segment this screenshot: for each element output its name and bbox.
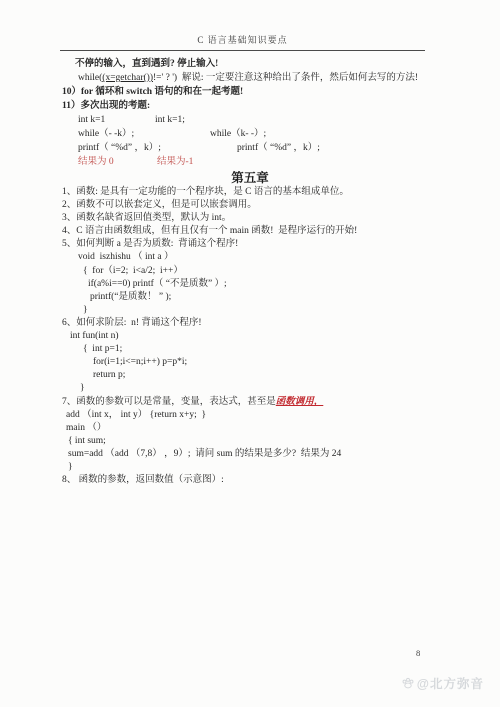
exam-point-10: 10）for 循环和 switch 语句的和在一起考题! (0, 85, 500, 99)
paw-icon (401, 676, 415, 690)
underlined-code: (x=getchar()) (102, 73, 153, 83)
code-left: while（- -k）; (78, 129, 134, 139)
note-item-1: 1、函数: 是具有一定功能的一个程序块，是 C 语言的基本组成单位。 (0, 186, 500, 199)
add-code-line-3: { int sum; (0, 435, 500, 448)
fact-code-line-4: return p; (0, 369, 500, 382)
code-row-declare: int k=1int k=1; (0, 113, 500, 127)
fact-code-line-2: { int p=1; (0, 343, 500, 356)
page-header: C 语言基础知识要点 (60, 33, 425, 51)
code-left: int k=1 (78, 115, 105, 125)
document-page: C 语言基础知识要点 不停的输入，直到遇到? 停止输入! while((x=ge… (0, 0, 500, 707)
result-row: 结果为 0结果为-1 (0, 155, 500, 169)
add-code-line-1: add （int x， int y） {return x+y; } (0, 409, 500, 422)
note-item-6: 6、如何求阶层: n! 背诵这个程序! (0, 317, 500, 330)
chapter-heading: 第五章 (0, 170, 500, 186)
code-left: printf（ “%d” ，k）; (78, 143, 161, 153)
add-code-line-2: main （） (0, 422, 500, 435)
watermark: @北方弥音 (401, 674, 484, 692)
exam-point-11: 11）多次出现的考题: (0, 99, 500, 113)
fact-code-line-5: } (0, 382, 500, 395)
code-text-post: !=' ? ') 解说: 一定要注意这种给出了条件，然后如何去写的方法! (153, 73, 418, 83)
document-body: 不停的输入，直到遇到? 停止输入! while((x=getchar())!='… (0, 57, 500, 487)
page-number: 8 (416, 648, 420, 658)
note-item-8: 8、 函数的参数，返回数值（示意图）: (0, 474, 500, 487)
note-item-4: 4、C 语言由函数组成，但有且仅有一个 main 函数! 是程序运行的开始! (0, 225, 500, 238)
add-code-line-4: sum=add （add （7,8） ，9）; 请问 sum 的结果是多少? 结… (0, 448, 500, 461)
code-row-printf: printf（ “%d” ，k）;printf（ “%d” ，k）; (0, 141, 500, 155)
note-item-3: 3、函数名缺省返回值类型，默认为 int。 (0, 212, 500, 225)
prime-code-line-4: printf(“是质数！ ” ); (0, 291, 500, 304)
code-text-pre: while( (78, 73, 102, 83)
code-right: int k=1; (155, 113, 185, 127)
result-right: 结果为-1 (157, 155, 193, 169)
prime-code-line-3: if(a%i==0) printf（ “不是质数” ）; (0, 278, 500, 291)
prime-code-line-2: { for（i=2; i<a/2; i++） (0, 265, 500, 278)
while-code-line: while((x=getchar())!=' ? ') 解说: 一定要注意这种给… (0, 71, 500, 85)
code-right: printf（ “%d” ，k）; (237, 141, 320, 155)
note-7-emphasis: 函数调用， (276, 397, 324, 407)
fact-code-line-3: for(i=1;i<=n;i++) p=p*i; (0, 356, 500, 369)
code-right: while（k- -）; (210, 127, 266, 141)
result-left: 结果为 0 (78, 157, 114, 167)
fact-code-line-1: int fun(int n) (0, 330, 500, 343)
note-item-5: 5、如何判断 a 是否为质数: 背诵这个程序! (0, 238, 500, 251)
add-code-line-5: } (0, 461, 500, 474)
intro-tip-line: 不停的输入，直到遇到? 停止输入! (0, 57, 500, 71)
watermark-text: @北方弥音 (417, 674, 484, 692)
code-row-while: while（- -k）;while（k- -）; (0, 127, 500, 141)
note-7-text: 7、函数的参数可以是常量，变量，表达式，甚至是 (62, 397, 276, 407)
prime-code-line-1: void iszhishu （ int a ） (0, 251, 500, 264)
prime-code-line-5: } (0, 304, 500, 317)
document-title: C 语言基础知识要点 (197, 35, 287, 45)
note-item-2: 2、函数不可以嵌套定义，但是可以嵌套调用。 (0, 199, 500, 212)
note-item-7: 7、函数的参数可以是常量，变量，表达式，甚至是函数调用， (0, 396, 500, 409)
